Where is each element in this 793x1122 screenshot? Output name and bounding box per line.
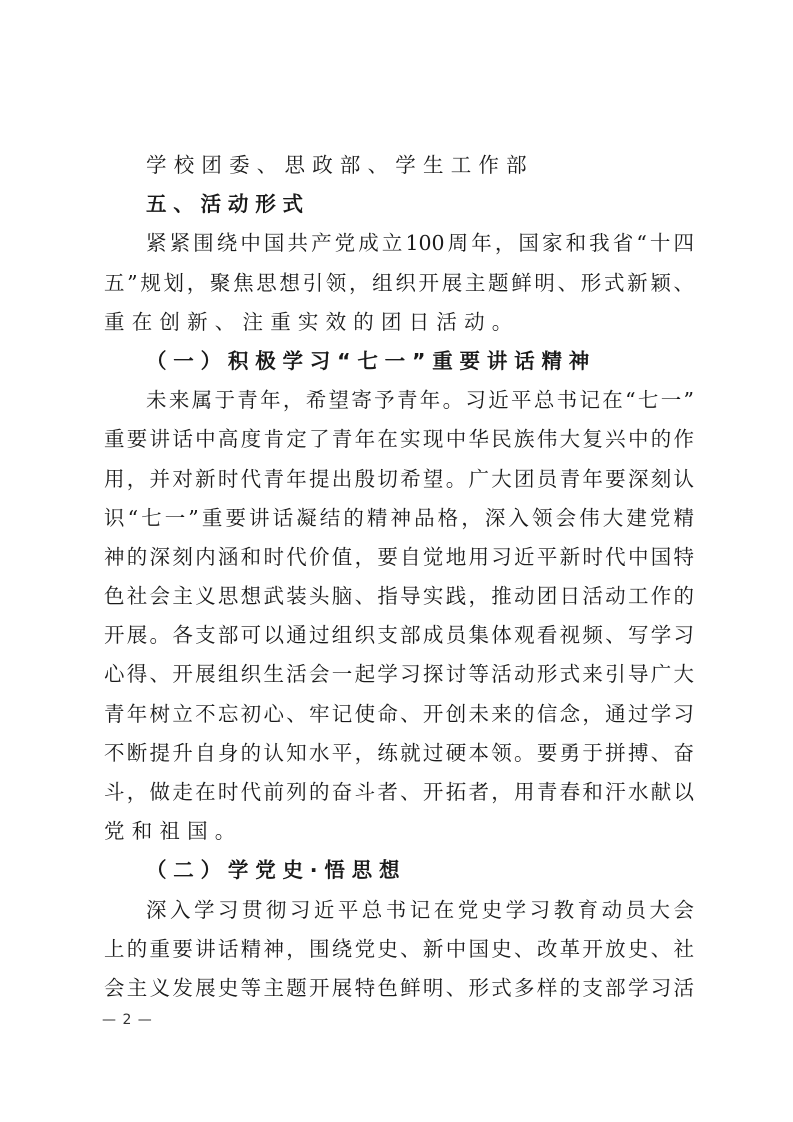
page-number: — 2 — [102,1012,153,1028]
section-heading: （一）积极学习“七一”重要讲话精神 [104,342,694,381]
paragraph-line: 色社会主义思想武装头脑、指导实践，推动团日活动工作的 [104,577,694,616]
paragraph-line: 用，并对新时代青年提出殷切希望。广大团员青年要深刻认 [104,460,694,499]
paragraph-line: 识“七一”重要讲话凝结的精神品格，深入领会伟大建党精 [104,499,694,538]
document-page: 学校团委、思政部、学生工作部五、活动形式紧紧围绕中国共产党成立100周年，国家和… [0,0,793,1122]
section-heading: （二）学党史·悟思想 [104,851,694,890]
paragraph-line: 不断提升自身的认知水平，练就过硬本领。要勇于拼搏、奋 [104,734,694,773]
paragraph-line: 上的重要讲话精神，围绕党史、新中国史、改革开放史、社 [104,930,694,969]
document-body: 学校团委、思政部、学生工作部五、活动形式紧紧围绕中国共产党成立100周年，国家和… [104,146,694,1008]
paragraph-line: 开展。各支部可以通过组织支部成员集体观看视频、写学习 [104,616,694,655]
paragraph-line: 未来属于青年，希望寄予青年。习近平总书记在“七一” [104,381,694,420]
paragraph-line: 神的深刻内涵和时代价值，要自觉地用习近平新时代中国特 [104,538,694,577]
paragraph-line: 紧紧围绕中国共产党成立100周年，国家和我省“十四 [104,224,694,263]
paragraph-line: 斗，做走在时代前列的奋斗者、开拓者，用青春和汗水献以 [104,773,694,812]
paragraph-line: 五”规划，聚焦思想引领，组织开展主题鲜明、形式新颖、 [104,264,694,303]
paragraph-line: 党和祖国。 [104,812,694,851]
paragraph-line: 重要讲话中高度肯定了青年在实现中华民族伟大复兴中的作 [104,420,694,459]
paragraph-line: 会主义发展史等主题开展特色鲜明、形式多样的支部学习活 [104,969,694,1008]
paragraph-line: 青年树立不忘初心、牢记使命、开创未来的信念，通过学习 [104,695,694,734]
paragraph-line: 学校团委、思政部、学生工作部 [104,146,694,185]
paragraph-line: 重在创新、注重实效的团日活动。 [104,303,694,342]
section-heading: 五、活动形式 [104,185,694,224]
paragraph-line: 心得、开展组织生活会一起学习探讨等活动形式来引导广大 [104,655,694,694]
paragraph-line: 深入学习贯彻习近平总书记在党史学习教育动员大会 [104,891,694,930]
